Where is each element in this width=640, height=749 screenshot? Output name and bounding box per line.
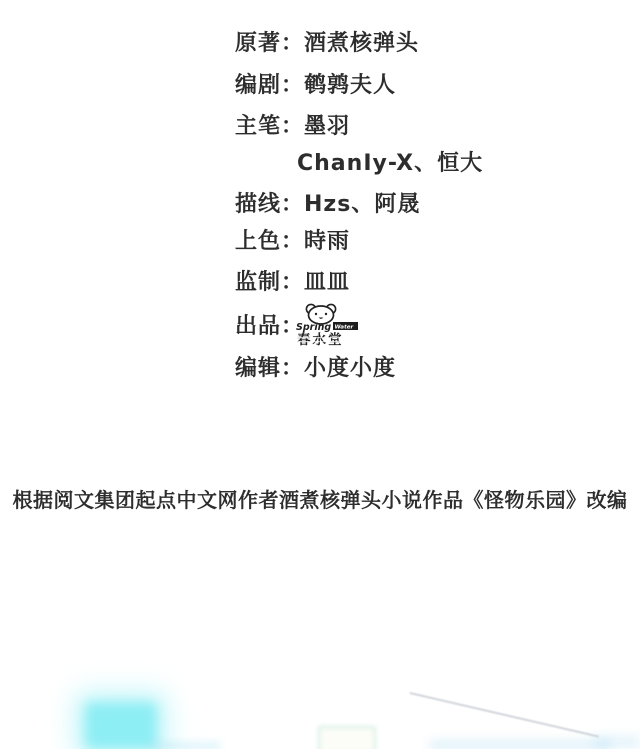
adaptation-note: 根据阅文集团起点中文网作者酒煮核弹头小说作品《怪物乐园》改编 (0, 488, 640, 512)
bear-mascot-logo-icon: Spring Water 春水堂 (296, 303, 358, 347)
credit-row-original-author: 原著：酒煮核弹头 (235, 33, 419, 55)
credit-label: 上色： (235, 231, 304, 253)
credit-label: 编辑： (235, 358, 304, 380)
logo-text-water: Water (335, 325, 355, 331)
credit-value: 皿皿 (304, 272, 350, 294)
blue-tint-smudge (595, 735, 640, 749)
credit-value: 小度小度 (304, 358, 396, 380)
credit-label: 主笔： (235, 116, 304, 138)
credit-value: 墨羽 (304, 116, 350, 138)
credit-label: 编剧： (235, 75, 304, 97)
credit-row-line-art: 描线：Hzs、阿晟 (235, 194, 420, 216)
blurred-pale-block (318, 726, 376, 749)
credit-row-coloring: 上色：時雨 (235, 231, 350, 253)
credit-value: 時雨 (304, 231, 350, 253)
logo-text-chunshuitang: 春水堂 (297, 331, 344, 347)
credit-label: 原著： (235, 33, 304, 55)
credit-value: 酒煮核弹头 (304, 33, 419, 55)
credit-row-producer: 出品： (235, 316, 304, 338)
spring-water-studio-logo: Spring Water 春水堂 (296, 303, 358, 347)
blurred-panel-preview (0, 640, 640, 749)
credit-row-supervisor: 监制：皿皿 (235, 272, 350, 294)
blue-tint-smudge (430, 740, 610, 749)
credit-value: ChanIy-X、恒大 (297, 153, 483, 175)
blurred-cyan-block (85, 702, 157, 749)
credit-row-lead-artist: 主笔：墨羽 (235, 116, 350, 138)
credit-label: 出品： (235, 316, 304, 338)
credit-label: 描线： (235, 194, 304, 216)
credit-label: 监制： (235, 272, 304, 294)
blue-tint-smudge (150, 742, 220, 749)
credit-row-editor: 编辑：小度小度 (235, 358, 396, 380)
faint-diagonal-line (410, 692, 599, 738)
credit-row-lead-artist-continued: ChanIy-X、恒大 (297, 153, 483, 175)
credit-row-screenwriter: 编剧：鹌鹑夫人 (235, 75, 396, 97)
credit-value: Hzs、阿晟 (304, 194, 420, 216)
comic-credits-page: 原著：酒煮核弹头 编剧：鹌鹑夫人 主笔：墨羽 ChanIy-X、恒大 描线：Hz… (0, 0, 640, 749)
credit-value: 鹌鹑夫人 (304, 75, 396, 97)
